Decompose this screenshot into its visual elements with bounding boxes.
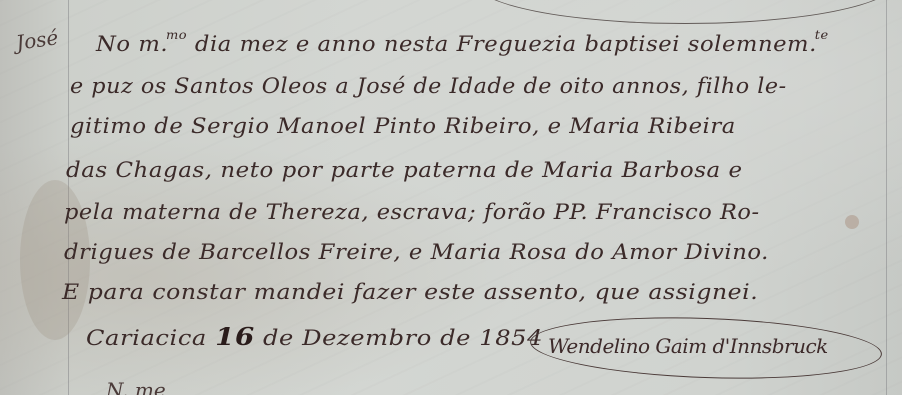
margin-name-jose: José xyxy=(15,25,60,55)
record-line-1: No m.mo dia mez e anno nesta Freguezia b… xyxy=(96,32,829,56)
closing-place: Cariacica xyxy=(86,326,207,350)
previous-entry-oval xyxy=(474,0,896,24)
manuscript-page: José No m.mo dia mez e anno nesta Fregue… xyxy=(0,0,902,395)
record-line-4: das Chagas, neto por parte paterna de Ma… xyxy=(66,158,743,182)
closing-date-line: Cariacica 16 de Dezembro de 1854 xyxy=(86,322,543,351)
record-line-2: e puz os Santos Oleos a José de Idade de… xyxy=(70,74,787,98)
closing-middle: de Dezembro de xyxy=(255,326,480,350)
closing-day: 16 xyxy=(215,322,255,351)
line-1-superscript: mo xyxy=(166,28,187,42)
record-line-3: gitimo de Sergio Manoel Pinto Ribeiro, e… xyxy=(70,114,736,138)
right-margin-rule xyxy=(886,0,887,395)
line-1-rest: dia mez e anno nesta Freguezia baptisei … xyxy=(187,32,817,56)
record-line-6: drigues de Barcellos Freire, e Maria Ros… xyxy=(64,240,769,264)
next-entry-fragment: N. me xyxy=(106,378,166,395)
line-1-start: No m. xyxy=(96,32,168,56)
line-1-end-superscript: te xyxy=(815,28,829,42)
priest-signature: Wendelino Gaim d'Innsbruck xyxy=(548,334,828,358)
record-line-7: E para constar mandei fazer este assento… xyxy=(62,280,758,304)
ink-spot xyxy=(845,215,859,229)
record-line-5: pela materna de Thereza, escrava; forão … xyxy=(64,200,760,224)
